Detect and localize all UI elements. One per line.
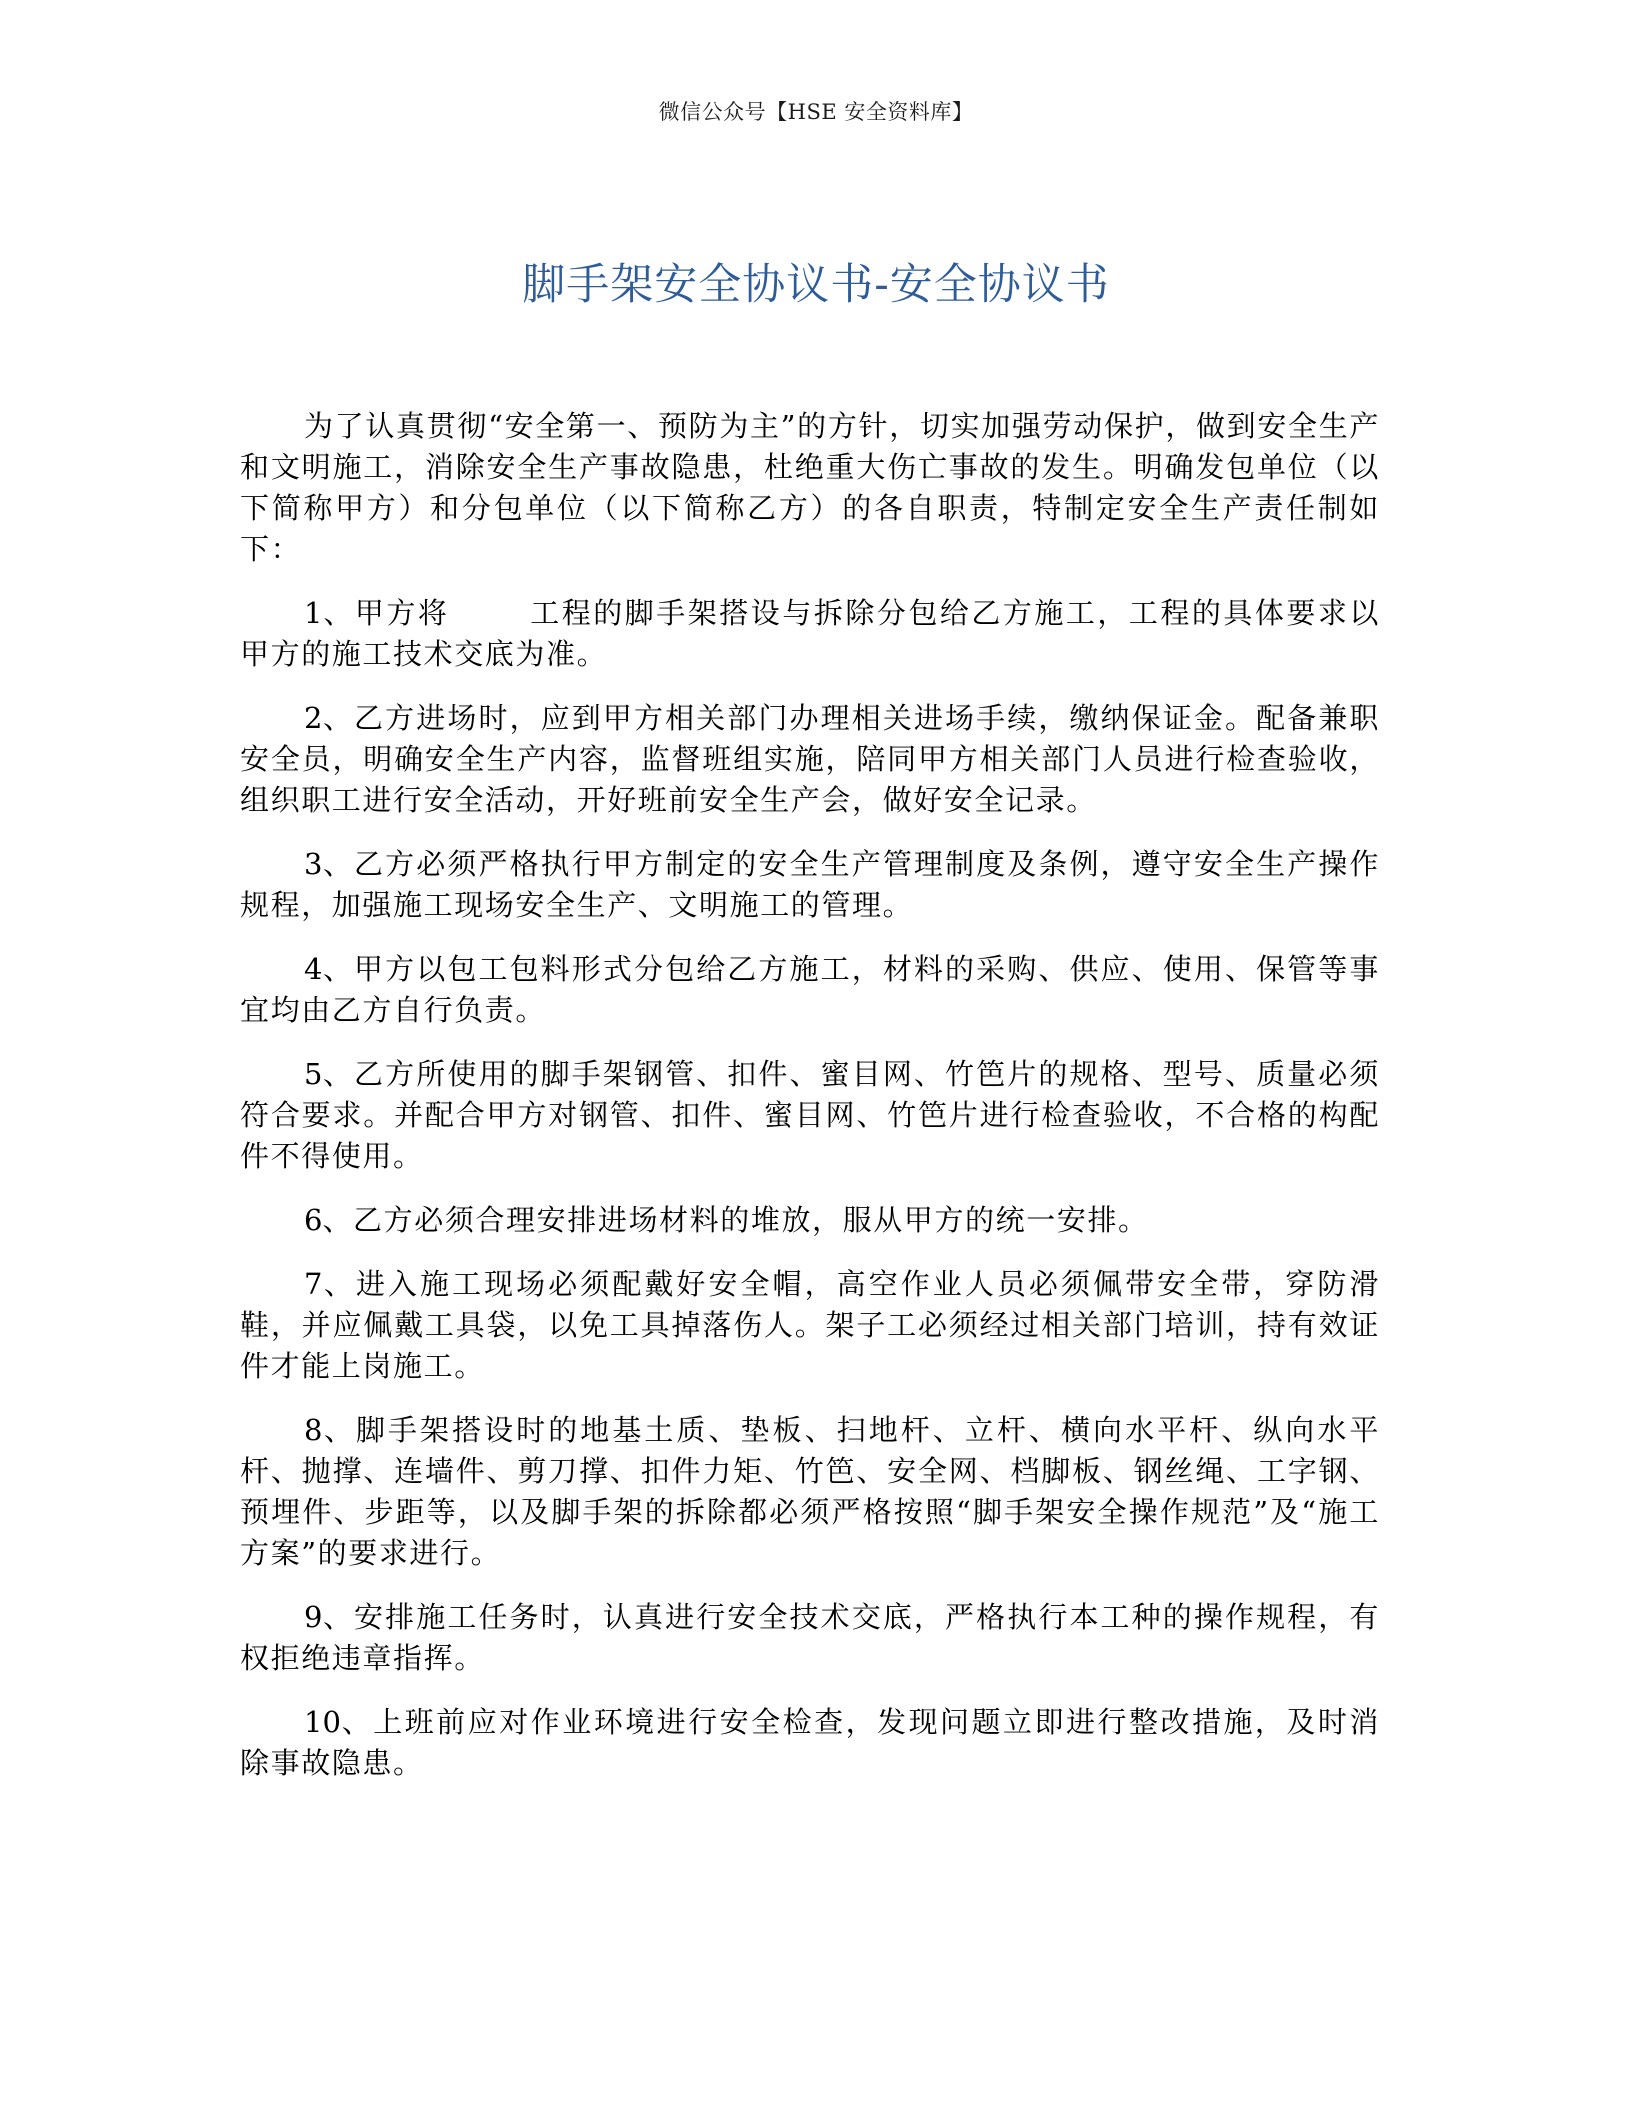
- clause-number: 2: [304, 701, 322, 735]
- clause-text: 、乙方所使用的脚手架钢管、扣件、蜜目网、竹笆片的规格、型号、质量必须符合要求。并…: [240, 1057, 1380, 1173]
- document-title: 脚手架安全协议书-安全协议书: [0, 255, 1632, 315]
- page-header: 微信公众号【HSE 安全资料库】: [0, 96, 1632, 128]
- clause-number: 9: [304, 1600, 322, 1634]
- clause-2: 2、乙方进场时，应到甲方相关部门办理相关进场手续，缴纳保证金。配备兼职安全员，明…: [240, 698, 1380, 821]
- clause-text: 、脚手架搭设时的地基土质、垫板、扫地杆、立杆、横向水平杆、纵向水平杆、抛撑、连墙…: [240, 1413, 1380, 1570]
- clause-number: 6: [304, 1203, 322, 1237]
- clause-text: 、甲方将: [322, 596, 449, 630]
- clause-9: 9、安排施工任务时，认真进行安全技术交底，严格执行本工种的操作规程，有权拒绝违章…: [240, 1597, 1380, 1679]
- clause-text: 、安排施工任务时，认真进行安全技术交底，严格执行本工种的操作规程，有权拒绝违章指…: [240, 1600, 1380, 1675]
- clause-5: 5、乙方所使用的脚手架钢管、扣件、蜜目网、竹笆片的规格、型号、质量必须符合要求。…: [240, 1054, 1380, 1177]
- clause-text: 、乙方必须合理安排进场材料的堆放，服从甲方的统一安排。: [322, 1203, 1148, 1237]
- clause-8: 8、脚手架搭设时的地基土质、垫板、扫地杆、立杆、横向水平杆、纵向水平杆、抛撑、连…: [240, 1410, 1380, 1574]
- clause-number: 10: [304, 1705, 341, 1739]
- clause-text: 、上班前应对作业环境进行安全检查，发现问题立即进行整改措施，及时消除事故隐患。: [240, 1705, 1380, 1780]
- clause-text: 、乙方必须严格执行甲方制定的安全生产管理制度及条例，遵守安全生产操作规程，加强施…: [240, 847, 1380, 922]
- clause-7: 7、进入施工现场必须配戴好安全帽，高空作业人员必须佩带安全带，穿防滑鞋，并应佩戴…: [240, 1264, 1380, 1387]
- clause-1: 1、甲方将工程的脚手架搭设与拆除分包给乙方施工，工程的具体要求以甲方的施工技术交…: [240, 593, 1380, 675]
- clause-number: 1: [304, 596, 322, 630]
- document-page: 微信公众号【HSE 安全资料库】 脚手架安全协议书-安全协议书 为了认真贯彻“安…: [0, 0, 1632, 2112]
- intro-paragraph: 为了认真贯彻“安全第一、预防为主”的方针，切实加强劳动保护，做到安全生产和文明施…: [240, 406, 1380, 570]
- clause-3: 3、乙方必须严格执行甲方制定的安全生产管理制度及条例，遵守安全生产操作规程，加强…: [240, 844, 1380, 926]
- clause-4: 4、甲方以包工包料形式分包给乙方施工，材料的采购、供应、使用、保管等事宜均由乙方…: [240, 949, 1380, 1031]
- clause-6: 6、乙方必须合理安排进场材料的堆放，服从甲方的统一安排。: [240, 1200, 1380, 1241]
- clause-text: 、乙方进场时，应到甲方相关部门办理相关进场手续，缴纳保证金。配备兼职安全员，明确…: [240, 701, 1380, 817]
- clause-number: 3: [304, 847, 322, 881]
- clause-10: 10、上班前应对作业环境进行安全检查，发现问题立即进行整改措施，及时消除事故隐患…: [240, 1702, 1380, 1784]
- clause-number: 8: [304, 1413, 322, 1447]
- clause-text: 、进入施工现场必须配戴好安全帽，高空作业人员必须佩带安全带，穿防滑鞋，并应佩戴工…: [240, 1267, 1380, 1383]
- clause-number: 5: [304, 1057, 322, 1091]
- clause-number: 4: [304, 952, 322, 986]
- clause-number: 7: [304, 1267, 322, 1301]
- clause-text: 、甲方以包工包料形式分包给乙方施工，材料的采购、供应、使用、保管等事宜均由乙方自…: [240, 952, 1380, 1027]
- document-body: 为了认真贯彻“安全第一、预防为主”的方针，切实加强劳动保护，做到安全生产和文明施…: [240, 406, 1380, 1807]
